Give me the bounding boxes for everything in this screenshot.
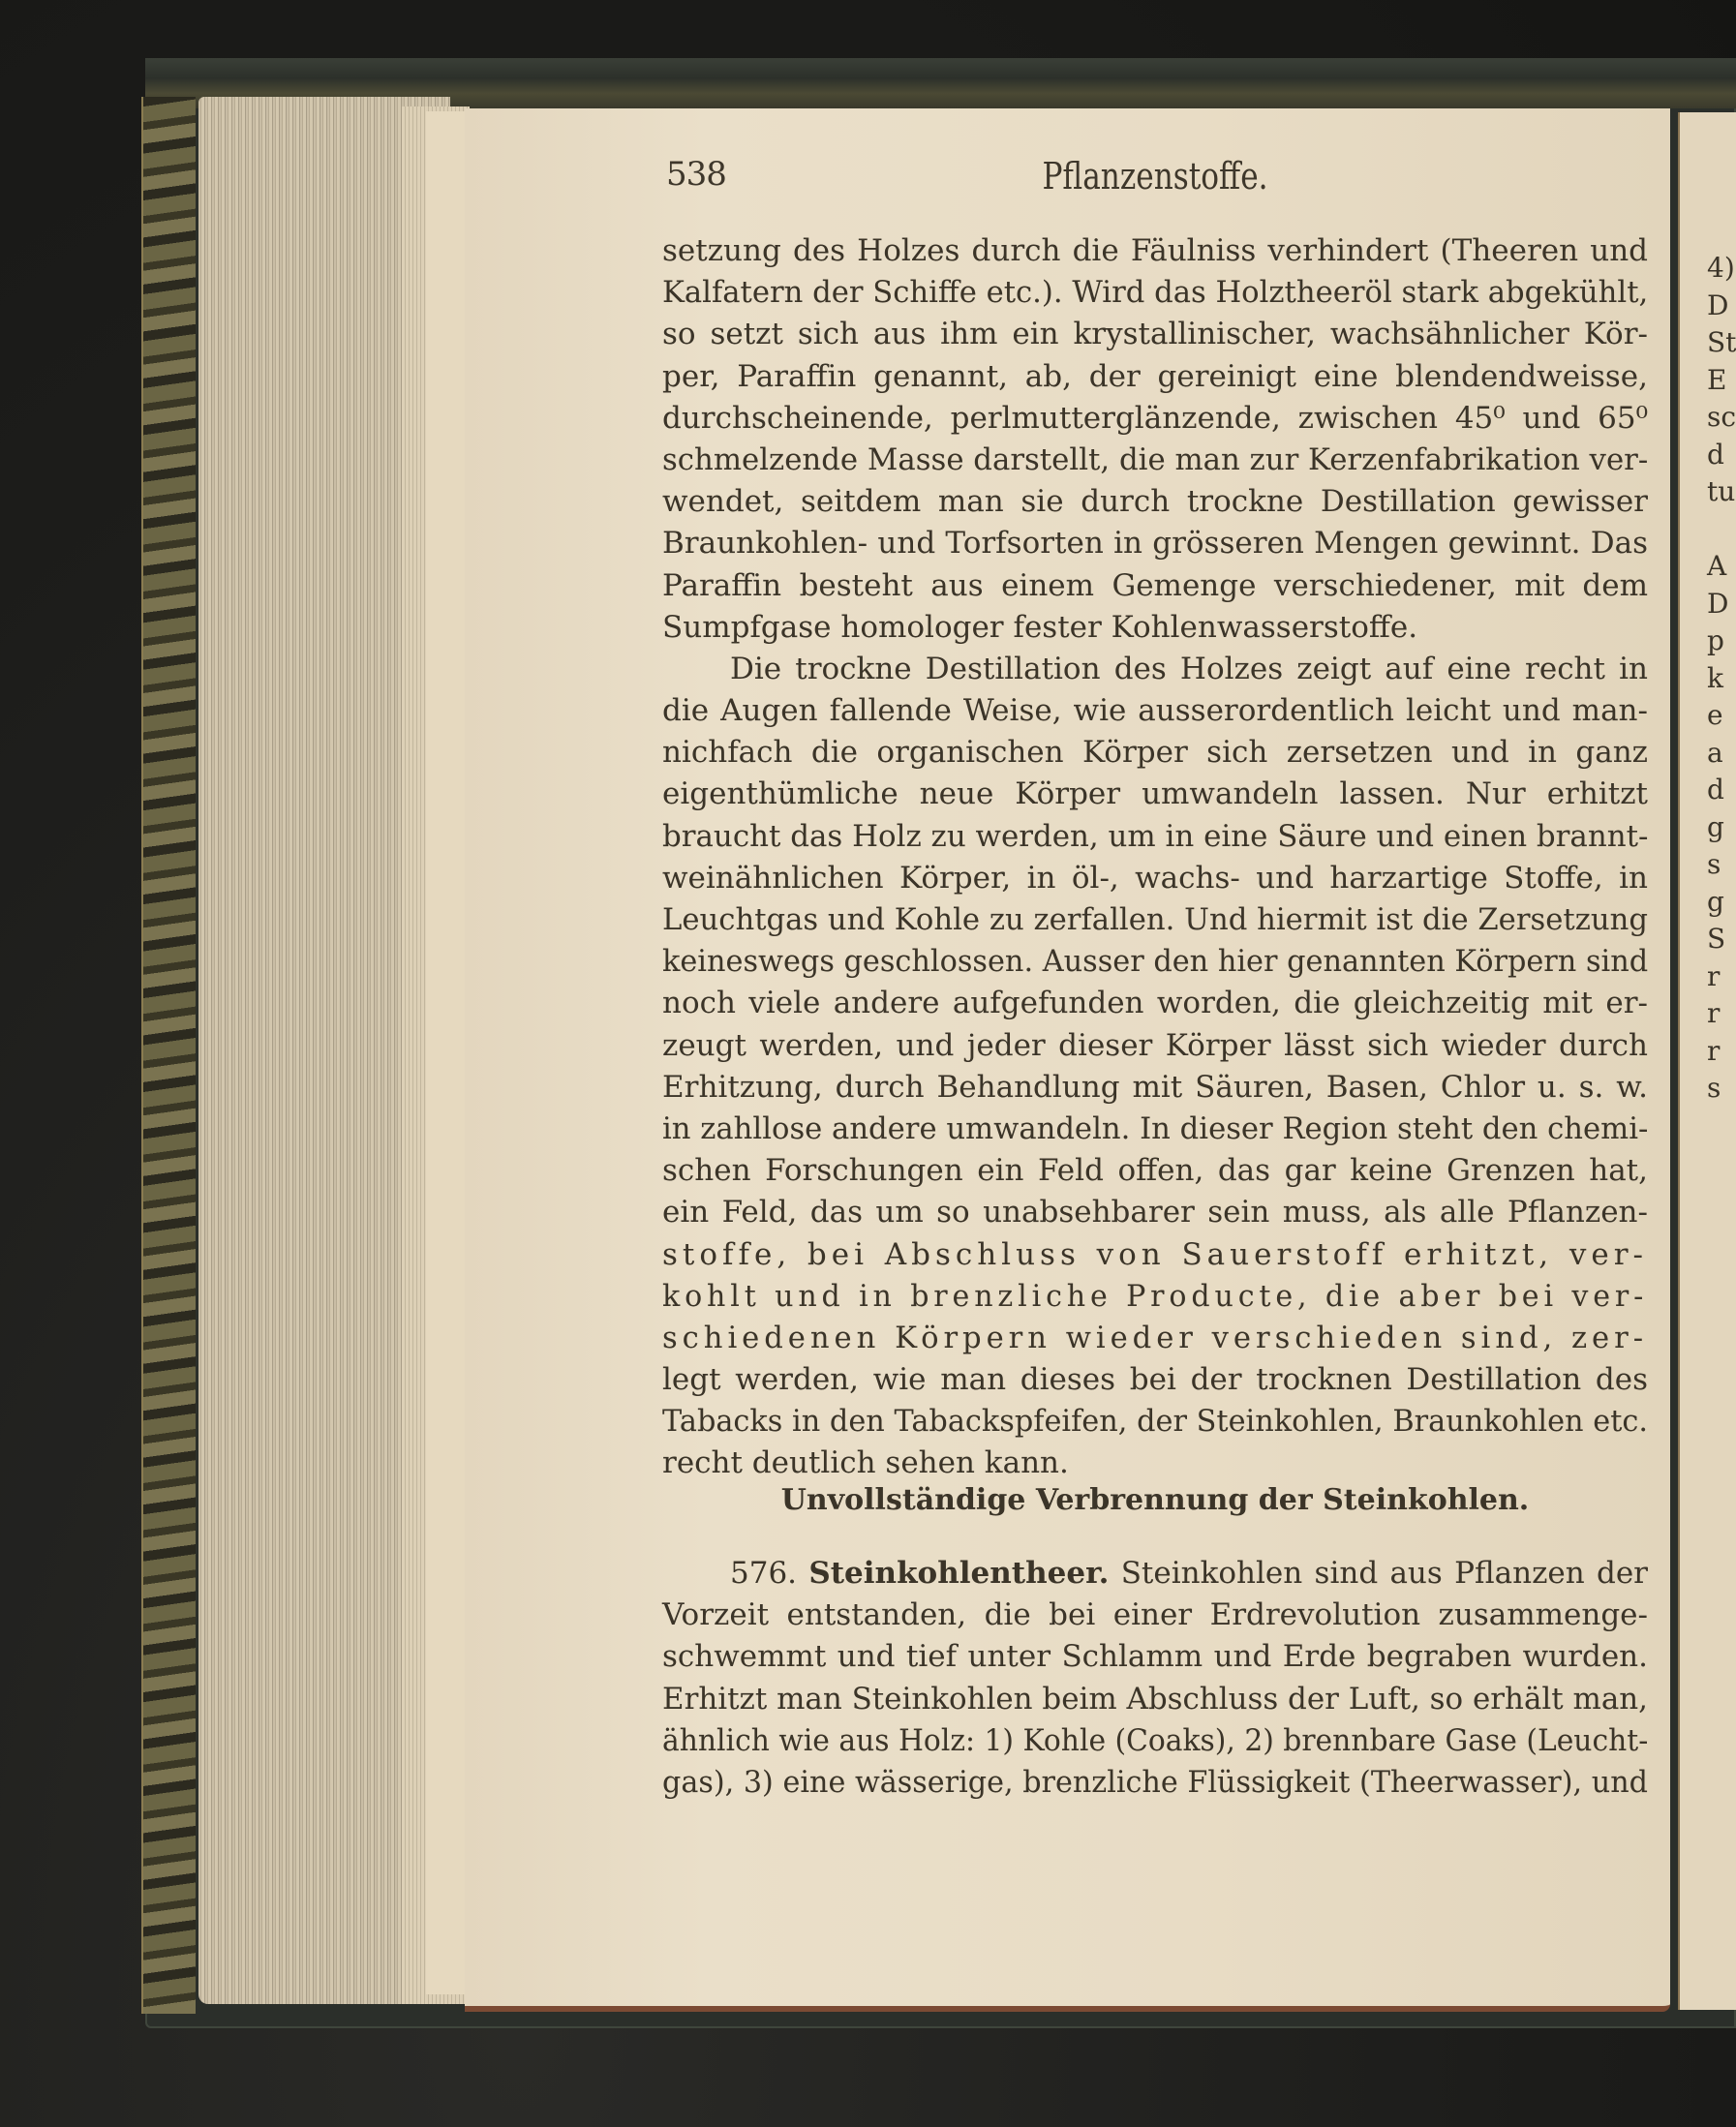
facing-fragment: d — [1707, 772, 1736, 809]
facing-fragment: 4) — [1707, 250, 1736, 288]
facing-fragment: e — [1707, 697, 1736, 735]
text-line: Paraffin besteht aus einem Gemenge versc… — [662, 565, 1648, 607]
facing-fragment: St — [1707, 324, 1736, 362]
text-line: recht deutlich sehen kann. — [662, 1443, 1648, 1484]
facing-fragment: D — [1707, 288, 1736, 325]
text-line-spaced: kohlt und in brenzliche Producte, die ab… — [662, 1276, 1648, 1318]
facing-fragment: r — [1707, 958, 1736, 996]
text-line: Vorzeit entstanden, die bei einer Erdrev… — [662, 1595, 1648, 1636]
text-line: Die trockne Destillation des Holzes zeig… — [662, 649, 1648, 690]
text-line: Erhitzt man Steinkohlen beim Abschluss d… — [662, 1679, 1648, 1720]
facing-fragment: p — [1707, 623, 1736, 660]
text-line: setzung des Holzes durch die Fäulniss ve… — [662, 230, 1648, 272]
text-line: nichfach die organischen Körper sich zer… — [662, 732, 1648, 774]
facing-fragment: E — [1707, 362, 1736, 400]
section-heading: Unvollständige Verbrennung der Steinkohl… — [662, 1483, 1648, 1517]
facing-fragment: r — [1707, 1033, 1736, 1071]
text-line: ein Feld, das um so unabsehbarer sein mu… — [662, 1192, 1648, 1233]
text-line: noch viele andere aufgefunden worden, di… — [662, 983, 1648, 1024]
text-line: Kalfatern der Schiffe etc.). Wird das Ho… — [662, 272, 1648, 314]
text-line-spaced: schiedenen Körpern wieder verschieden si… — [662, 1318, 1648, 1359]
text-line: Leuchtgas und Kohle zu zerfallen. Und hi… — [662, 899, 1648, 941]
text-line: durchscheinende, perlmutterglänzende, zw… — [662, 398, 1648, 440]
section-first-line-text: Steinkohlen sind aus Pflanzen der — [1121, 1556, 1648, 1591]
text-line: schwemmt und tief unter Schlamm und Erde… — [662, 1636, 1648, 1678]
body-text: setzung des Holzes durch die Fäulniss ve… — [662, 230, 1648, 1485]
facing-fragment — [1707, 511, 1736, 549]
text-line: eigenthümliche neue Körper umwandeln las… — [662, 774, 1648, 815]
text-line: braucht das Holz zu werden, um in eine S… — [662, 816, 1648, 858]
facing-page-text: 4) D St E sc d tu A D p k e a d g s g S … — [1707, 250, 1736, 1108]
text-line: wendet, seitdem man sie durch trockne De… — [662, 481, 1648, 523]
text-line: keineswegs geschlossen. Ausser den hier … — [662, 941, 1648, 983]
facing-fragment: r — [1707, 995, 1736, 1033]
section-576: 576. Steinkohlentheer. Steinkohlen sind … — [662, 1553, 1648, 1804]
page-number: 538 — [666, 155, 726, 194]
section-first-line: 576. Steinkohlentheer. Steinkohlen sind … — [662, 1553, 1648, 1595]
text-line: Sumpfgase homologer fester Kohlenwassers… — [662, 607, 1648, 649]
facing-fragment: s — [1707, 1070, 1736, 1108]
facing-fragment: g — [1707, 809, 1736, 847]
text-line: Braunkohlen- und Torfsorten in grösseren… — [662, 523, 1648, 564]
text-line: schen Forschungen ein Feld offen, das ga… — [662, 1150, 1648, 1192]
facing-fragment: s — [1707, 846, 1736, 884]
text-line: zeugt werden, und jeder dieser Körper lä… — [662, 1025, 1648, 1067]
facing-fragment: sc — [1707, 399, 1736, 437]
facing-fragment: a — [1707, 735, 1736, 773]
facing-fragment: k — [1707, 660, 1736, 698]
text-line: Erhitzung, durch Behandlung mit Säuren, … — [662, 1067, 1648, 1109]
marbled-edge — [141, 97, 196, 2014]
text-line: schmelzende Masse darstellt, die man zur… — [662, 440, 1648, 481]
running-title: Pflanzenstoffe. — [754, 155, 1556, 198]
facing-fragment: A — [1707, 548, 1736, 586]
text-line: gas), 3) eine wässerige, brenzliche Flüs… — [662, 1762, 1648, 1804]
text-line: legt werden, wie man dieses bei der troc… — [662, 1359, 1648, 1401]
facing-fragment: tu — [1707, 473, 1736, 511]
text-line: in zahllose andere umwandeln. In dieser … — [662, 1109, 1648, 1150]
section-number: 576. — [730, 1556, 797, 1591]
text-line: ähnlich wie aus Holz: 1) Kohle (Coaks), … — [662, 1720, 1648, 1762]
text-line: so setzt sich aus ihm ein krystallinisch… — [662, 314, 1648, 355]
facing-fragment: D — [1707, 586, 1736, 623]
facing-fragment: S — [1707, 921, 1736, 958]
facing-fragment: g — [1707, 884, 1736, 922]
text-line: weinähnlichen Körper, in öl-, wachs- und… — [662, 858, 1648, 899]
text-line: Tabacks in den Tabackspfeifen, der Stein… — [662, 1401, 1648, 1443]
text-line: per, Paraffin genannt, ab, der gereinigt… — [662, 356, 1648, 398]
section-title: Steinkohlentheer. — [808, 1556, 1109, 1591]
text-line-spaced: stoffe, bei Abschluss von Sauerstoff erh… — [662, 1234, 1648, 1276]
text-line: die Augen fallende Weise, wie ausserorde… — [662, 690, 1648, 732]
page-block-leaf — [426, 111, 466, 1994]
facing-fragment: d — [1707, 437, 1736, 474]
